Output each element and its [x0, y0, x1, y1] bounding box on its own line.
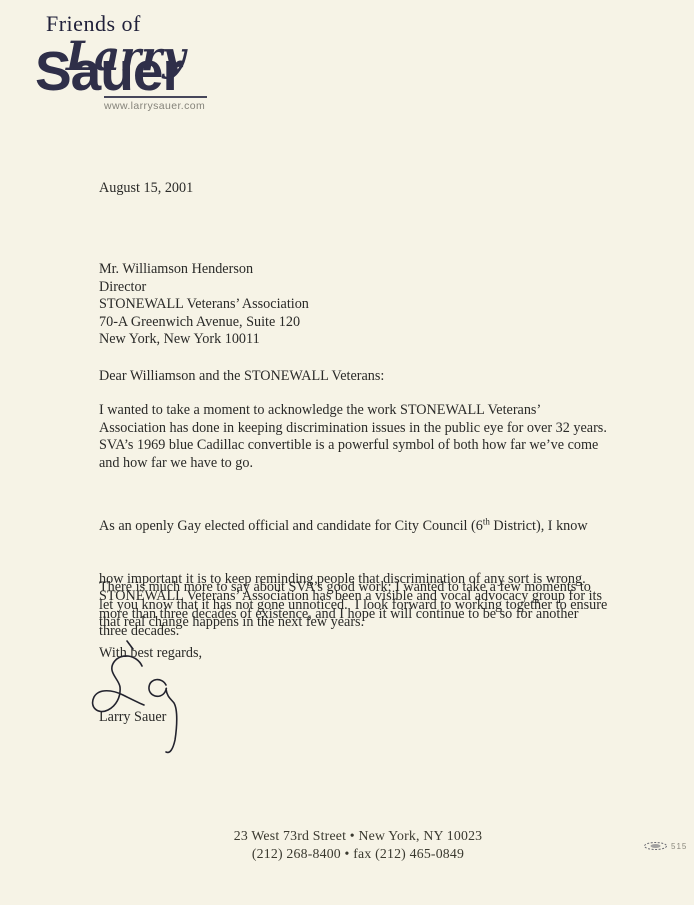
- signature-l-stroke: [93, 656, 144, 712]
- printer-union-mark: 515: [643, 841, 687, 851]
- signature-a-tail-stroke: [149, 680, 177, 753]
- footer: 23 West 73rd Street • New York, NY 10023…: [0, 827, 694, 863]
- scanned-letter-page: Friends of Larry Sauer www.larrysauer.co…: [0, 0, 694, 905]
- paragraph-1: I wanted to take a moment to acknowledge…: [99, 402, 607, 472]
- footer-phone: (212) 268-8400 • fax (212) 465-0849: [22, 845, 694, 863]
- printer-mark-number: 515: [671, 842, 687, 851]
- letterhead-divider: [104, 96, 207, 98]
- paragraph-3: There is much more to say about SVA’s go…: [99, 579, 607, 632]
- handwritten-signature: [90, 635, 200, 760]
- letterhead-last-name: Sauer: [35, 44, 183, 99]
- footer-address: 23 West 73rd Street • New York, NY 10023: [22, 827, 694, 845]
- signature-tick-stroke: [127, 641, 133, 649]
- paragraph-2-line-1-pre: As an openly Gay elected official and ca…: [99, 518, 483, 534]
- paragraph-2-line-1: As an openly Gay elected official and ca…: [99, 518, 602, 536]
- paragraph-2-line-1-post: District), I know: [490, 518, 588, 534]
- recipient-address: Mr. Williamson Henderson Director STONEW…: [99, 261, 309, 349]
- ordinal-superscript: th: [483, 516, 490, 526]
- letter-date: August 15, 2001: [99, 180, 193, 198]
- printer-bug-icon: [643, 841, 668, 851]
- salutation: Dear Williamson and the STONEWALL Vetera…: [99, 368, 384, 386]
